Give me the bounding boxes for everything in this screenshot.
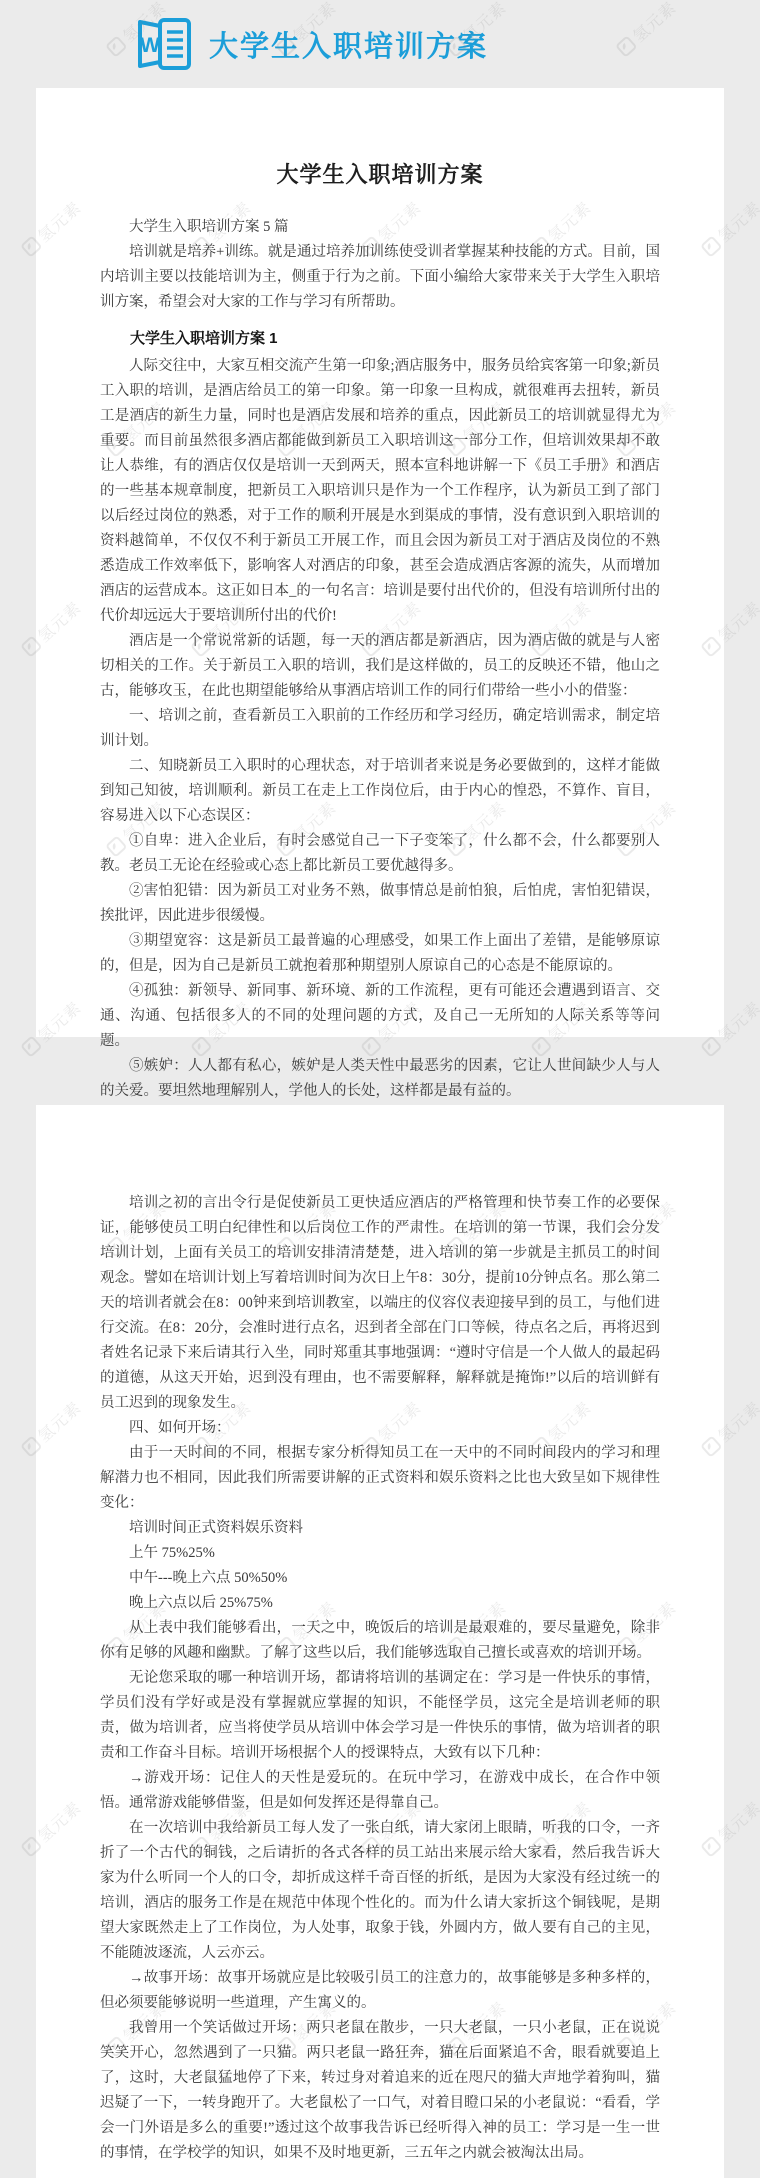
paragraph: 二、知晓新员工入职时的心理状态，对于培训者来说是务必要做到的，这样才能做到知己知… bbox=[100, 754, 660, 829]
watermark-logo-icon bbox=[700, 1035, 723, 1058]
page-canvas: 氢元素氢元素氢元素氢元素氢元素氢元素氢元素氢元素氢元素氢元素氢元素氢元素氢元素氢… bbox=[0, 0, 760, 2178]
document-title: 大学生入职培训方案 bbox=[100, 158, 660, 189]
document-body-page-2: 培训之初的言出令行是促使新员工更快适应酒店的严格管理和快节奏工作的必要保证，能够… bbox=[100, 1191, 660, 2166]
paragraph: ③期望宽容：这是新员工最普遍的心理感受，如果工作上面出了差错，是能够原谅的，但是… bbox=[100, 929, 660, 979]
document-page-1: 大学生入职培训方案 大学生入职培训方案 5 篇培训就是培养+训练。就是通过培养加… bbox=[36, 88, 724, 1037]
paragraph: 由于一天时间的不同，根据专家分析得知员工在一天中的不同时间段内的学习和理解潜力也… bbox=[100, 1441, 660, 1516]
paragraph: 我曾用一个笑话做过开场：两只老鼠在散步，一只大老鼠，一只小老鼠，正在说说笑笑开心… bbox=[100, 2016, 660, 2166]
paragraph: 培训之初的言出令行是促使新员工更快适应酒店的严格管理和快节奏工作的必要保证，能够… bbox=[100, 1191, 660, 1416]
paragraph: 酒店是一个常说常新的话题，每一天的酒店都是新酒店，因为酒店做的就是与人密切相关的… bbox=[100, 629, 660, 704]
document-body-page-1: 大学生入职培训方案 5 篇培训就是培养+训练。就是通过培养加训练使受训者掌握某种… bbox=[100, 215, 660, 1129]
header-title: 大学生入职培训方案 bbox=[209, 24, 488, 65]
paragraph: 中午---晚上六点 50%50% bbox=[100, 1566, 660, 1591]
watermark-logo-icon bbox=[20, 1035, 43, 1058]
word-document-icon: W bbox=[135, 16, 193, 72]
paragraph: ⑤嫉妒：人人都有私心，嫉妒是人类天性中最恶劣的因素，它让人世间缺少人与人的关爱。… bbox=[100, 1054, 660, 1104]
paragraph: 在一次培训中我给新员工每人发了一张白纸，请大家闭上眼睛，听我的口令，一齐折了一个… bbox=[100, 1816, 660, 1966]
paragraph: 培训时间正式资料娱乐资料 bbox=[100, 1516, 660, 1541]
paragraph: 人际交往中，大家互相交流产生第一印象;酒店服务中，服务员给宾客第一印象;新员工入… bbox=[100, 354, 660, 629]
document-page-2: 培训之初的言出令行是促使新员工更快适应酒店的严格管理和快节奏工作的必要保证，能够… bbox=[36, 1105, 724, 2178]
paragraph: →游戏开场：记住人的天性是爱玩的。在玩中学习，在游戏中成长，在合作中领悟。通常游… bbox=[100, 1766, 660, 1816]
section-heading: 大学生入职培训方案 1 bbox=[100, 326, 660, 351]
paragraph: 一、培训之前，查看新员工入职前的工作经历和学习经历，确定培训需求，制定培训计划。 bbox=[100, 704, 660, 754]
paragraph: 大学生入职培训方案 5 篇 bbox=[100, 215, 660, 240]
paragraph: →故事开场：故事开场就应是比较吸引员工的注意力的，故事能够是多种多样的，但必须要… bbox=[100, 1966, 660, 2016]
paragraph: ④孤独：新领导、新同事、新环境、新的工作流程，更有可能还会遭遇到语言、交通、沟通… bbox=[100, 979, 660, 1054]
paragraph: 从上表中我们能够看出，一天之中，晚饭后的培训是最艰难的，要尽量避免，除非你有足够… bbox=[100, 1616, 660, 1666]
paragraph: 晚上六点以后 25%75% bbox=[100, 1591, 660, 1616]
paragraph: 四、如何开场： bbox=[100, 1416, 660, 1441]
site-header: W 大学生入职培训方案 bbox=[0, 0, 760, 88]
paragraph: ①自卑：进入企业后，有时会感觉自己一下子变笨了，什么都不会，什么都要别人教。老员… bbox=[100, 829, 660, 879]
paragraph: 培训就是培养+训练。就是通过培养加训练使受训者掌握某种技能的方式。目前，国内培训… bbox=[100, 240, 660, 315]
paragraph: ②害怕犯错：因为新员工对业务不熟，做事情总是前怕狼，后怕虎，害怕犯错误，挨批评，… bbox=[100, 879, 660, 929]
svg-text:W: W bbox=[140, 34, 160, 57]
paragraph: 上午 75%25% bbox=[100, 1541, 660, 1566]
paragraph: 无论您采取的哪一种培训开场，都请将培训的基调定在：学习是一件快乐的事情，学员们没… bbox=[100, 1666, 660, 1766]
